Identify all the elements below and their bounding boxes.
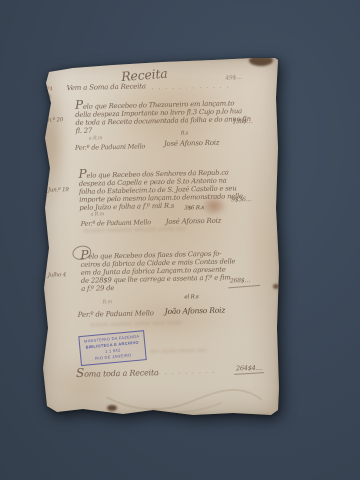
entry-amount: 9$36… <box>231 196 251 203</box>
bleedthrough-text: muwen vwnumv wnuvm uvnw mu <box>83 225 186 234</box>
paper-shadow: Receita 1774 Vem a Soma da Receita . . .… <box>43 58 279 415</box>
signature: João Afonso Roiz <box>165 306 226 316</box>
archive-stamp: MINISTERIO DA FAZENDA BIBLIOTECA E ARCHI… <box>78 330 146 366</box>
margin-date: Jun.º 20 <box>42 117 63 123</box>
summary-amount: 49$… <box>225 74 242 82</box>
bleedthrough-text: mv nuwv mnuv wn <box>150 347 207 355</box>
entry-paragraph: Pelo que Recebeo do Thezoureiro em lança… <box>75 97 251 135</box>
rubric-mark: el R.s <box>184 294 198 300</box>
signature: José Afonso Roiz <box>164 139 220 148</box>
handwritten-content: Receita 1774 Vem a Soma da Receita . . .… <box>39 55 283 417</box>
edge-speck <box>42 94 50 100</box>
margin-date: Jun.º 19 <box>48 187 69 193</box>
total-line: Soma toda a Receita <box>76 364 159 380</box>
signature: Per.º de Paduani Mello <box>75 142 145 152</box>
rubric-mark: a R.m <box>90 211 104 217</box>
total-text: Soma toda a Receita <box>76 364 159 380</box>
entry-amount: 138$… <box>232 118 252 125</box>
dotted-leader: . . . . . . . . . . . . <box>152 82 231 91</box>
rubric-mark: R.m <box>102 299 112 305</box>
manuscript-page: Receita 1774 Vem a Soma da Receita . . .… <box>43 58 279 415</box>
entry-amount: 268$… <box>230 277 250 284</box>
margin-year: 1774 <box>40 86 52 93</box>
summary-line: Vem a Soma da Receita <box>67 82 146 92</box>
ink-underline <box>234 372 264 375</box>
dotted-leader: . . . . . . . . . <box>158 368 216 376</box>
margin-date: Julho 4 <box>48 272 66 278</box>
total-amount: 264$4… <box>236 364 262 373</box>
bleedthrough-text: wnvm uvwnm unvw muv wnm <box>90 320 182 329</box>
ghost-flourish <box>101 376 272 420</box>
signature: Per.º de Paduani Mello <box>78 309 154 319</box>
entry-paragraph: Pelo que Recebeo dos Senhores da Repub.c… <box>78 166 243 212</box>
manuscript-photo: Receita 1774 Vem a Soma da Receita . . .… <box>0 0 360 480</box>
signature: José Afonso Roiz <box>166 217 222 226</box>
rubric-mark: R.s <box>181 130 188 136</box>
rubric-mark: 3$6 R.s <box>184 205 204 211</box>
entry-paragraph: Pelo que Recebeo dos fiaes dos Cargos fo… <box>80 247 236 293</box>
rubric-mark: a R.m <box>89 135 103 141</box>
